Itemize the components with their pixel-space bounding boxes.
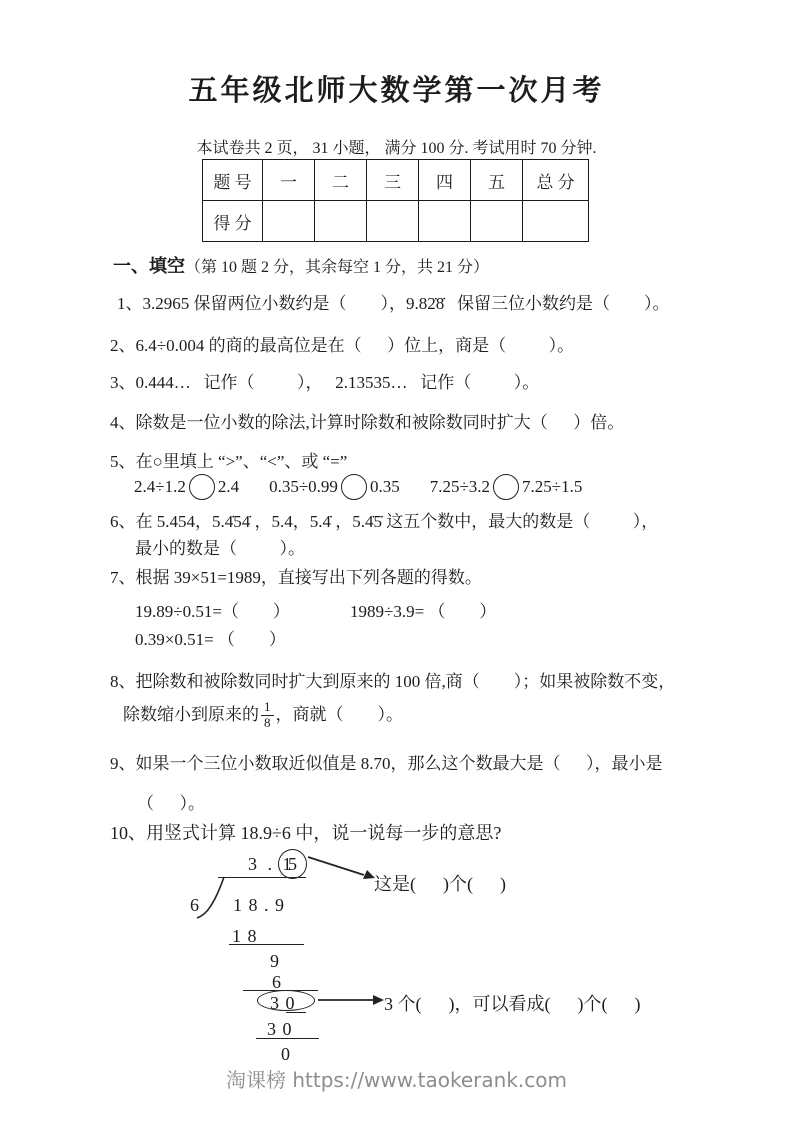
question-5: 5、在○里填上 “>”、“<”、或 “=” bbox=[110, 451, 347, 473]
question-9-line1: 9、如果一个三位小数取近似值是 8.70，那么这个数最大是（ ），最小是 bbox=[110, 753, 663, 775]
compare-left-expr: 2.4÷1.2 bbox=[134, 477, 186, 497]
score-col-2: 二 bbox=[315, 160, 367, 201]
score-col-3: 三 bbox=[367, 160, 419, 201]
score-col-total: 总 分 bbox=[523, 160, 589, 201]
question-6-line1: 6、在 5.454，5.4̇54̇ ，5.4，5.4̇ ，5.4̇5̇ 这五个数… bbox=[110, 511, 658, 533]
divisor: 6 bbox=[190, 895, 200, 916]
compare-circle-blank bbox=[493, 474, 519, 500]
ellipse-highlight bbox=[257, 990, 315, 1011]
division-step-row: 3 0 bbox=[267, 1019, 293, 1040]
annotation-remainder-30: 3 个( )，可以看成( )个( ) bbox=[384, 990, 640, 1016]
question-8-line2-post: ，商就（ ）。 bbox=[276, 704, 404, 726]
compare-left-expr: 0.35÷0.99 bbox=[269, 477, 338, 497]
page-title: 五年级北师大数学第一次月考 bbox=[0, 68, 793, 109]
long-division-diagram: 3 . 1 5 6 1 8 . 9 1 8 9 6 3 0 3 0 0 这是( … bbox=[0, 848, 793, 1066]
compare-circle-blank bbox=[189, 474, 215, 500]
compare-right-expr: 2.4 bbox=[218, 477, 239, 497]
question-2: 2、6.4÷0.004 的商的最高位是在（ ）位上，商是（ ）。 bbox=[110, 335, 574, 357]
question-8-line1: 8、把除数和被除数同时扩大到原来的 100 倍,商（ ）；如果被除数不变， bbox=[110, 671, 675, 693]
compare-right-expr: 0.35 bbox=[370, 477, 400, 497]
question-1: 1、3.2965 保留两位小数约是（ ），9.82̇8̇ 保留三位小数约是（ ）… bbox=[117, 293, 670, 315]
section-1-heading: 一、填空（第 10 题 2 分，其余每空 1 分，共 21 分） bbox=[113, 252, 489, 278]
question-6-line2: 最小的数是（ ）。 bbox=[135, 538, 305, 560]
fraction-numerator: 1 bbox=[261, 700, 274, 716]
division-vinculum bbox=[218, 877, 306, 878]
score-table-score-row: 得 分 bbox=[203, 201, 589, 242]
question-7: 7、根据 39×51=1989，直接写出下列各题的得数。 bbox=[110, 567, 482, 589]
fraction-denominator: 8 bbox=[261, 716, 274, 731]
question-8-line2-pre: 除数缩小到原来的 bbox=[123, 704, 259, 726]
division-step-row: 9 bbox=[270, 951, 280, 972]
score-table: 题 号 一 二 三 四 五 总 分 得 分 bbox=[202, 159, 589, 242]
division-remainder: 0 bbox=[281, 1044, 291, 1065]
score-col-4: 四 bbox=[419, 160, 471, 201]
question-8-line2: 除数缩小到原来的18，商就（ ）。 bbox=[123, 700, 403, 731]
fraction-one-eighth: 18 bbox=[261, 700, 274, 731]
compare-item-3: 7.25÷3.27.25÷1.5 bbox=[430, 474, 583, 500]
question-10: 10、用竖式计算 18.9÷6 中，说一说每一步的意思? bbox=[110, 822, 501, 845]
question-7-item-2: 1989÷3.9= （ ） bbox=[350, 601, 496, 623]
score-table-header-row: 题 号 一 二 三 四 五 总 分 bbox=[203, 160, 589, 201]
score-cell bbox=[471, 201, 523, 242]
annotation-quotient-digit: 这是( )个( ) bbox=[374, 870, 506, 896]
question-7-item-1: 19.89÷0.51=（ ） bbox=[135, 601, 290, 623]
score-cell bbox=[367, 201, 419, 242]
score-row-label: 得 分 bbox=[203, 201, 263, 242]
score-col-5: 五 bbox=[471, 160, 523, 201]
watermark-footer: 淘课榜 https://www.taokerank.com bbox=[0, 1064, 793, 1093]
compare-circle-blank bbox=[341, 474, 367, 500]
compare-left-expr: 7.25÷3.2 bbox=[430, 477, 490, 497]
score-cell bbox=[419, 201, 471, 242]
compare-item-1: 2.4÷1.22.4 bbox=[134, 474, 239, 500]
annotation-arrow-diagonal bbox=[304, 853, 380, 883]
score-table-corner: 题 号 bbox=[203, 160, 263, 201]
question-3: 3、0.444… 记作（ ）， 2.13535… 记作（ ）。 bbox=[110, 372, 539, 394]
division-rule-short bbox=[286, 1012, 306, 1013]
exam-info-line: 本试卷共 2 页， 31 小题， 满分 100 分. 考试用时 70 分钟. bbox=[0, 135, 793, 158]
section-1-note: （第 10 题 2 分，其余每空 1 分，共 21 分） bbox=[185, 259, 489, 276]
compare-item-2: 0.35÷0.990.35 bbox=[269, 474, 400, 500]
quotient-circled-digit: 5 bbox=[278, 849, 307, 879]
question-9-line2: （ ）。 bbox=[137, 793, 205, 815]
question-5-items: 2.4÷1.22.4 0.35÷0.990.35 7.25÷3.27.25÷1.… bbox=[134, 474, 582, 500]
compare-right-expr: 7.25÷1.5 bbox=[522, 477, 582, 497]
question-7-item-3: 0.39×0.51= （ ） bbox=[135, 629, 286, 651]
annotation-arrow-horizontal bbox=[318, 993, 384, 1007]
score-cell bbox=[523, 201, 589, 242]
score-col-1: 一 bbox=[263, 160, 315, 201]
score-cell bbox=[263, 201, 315, 242]
section-1-title: 一、填空 bbox=[113, 256, 185, 276]
division-rule bbox=[256, 1038, 319, 1039]
question-4: 4、除数是一位小数的除法,计算时除数和被除数同时扩大（ ）倍。 bbox=[110, 412, 624, 434]
exam-page: 五年级北师大数学第一次月考 本试卷共 2 页， 31 小题， 满分 100 分.… bbox=[0, 0, 793, 1122]
division-rule bbox=[229, 944, 304, 945]
score-cell bbox=[315, 201, 367, 242]
dividend: 1 8 . 9 bbox=[233, 895, 285, 916]
